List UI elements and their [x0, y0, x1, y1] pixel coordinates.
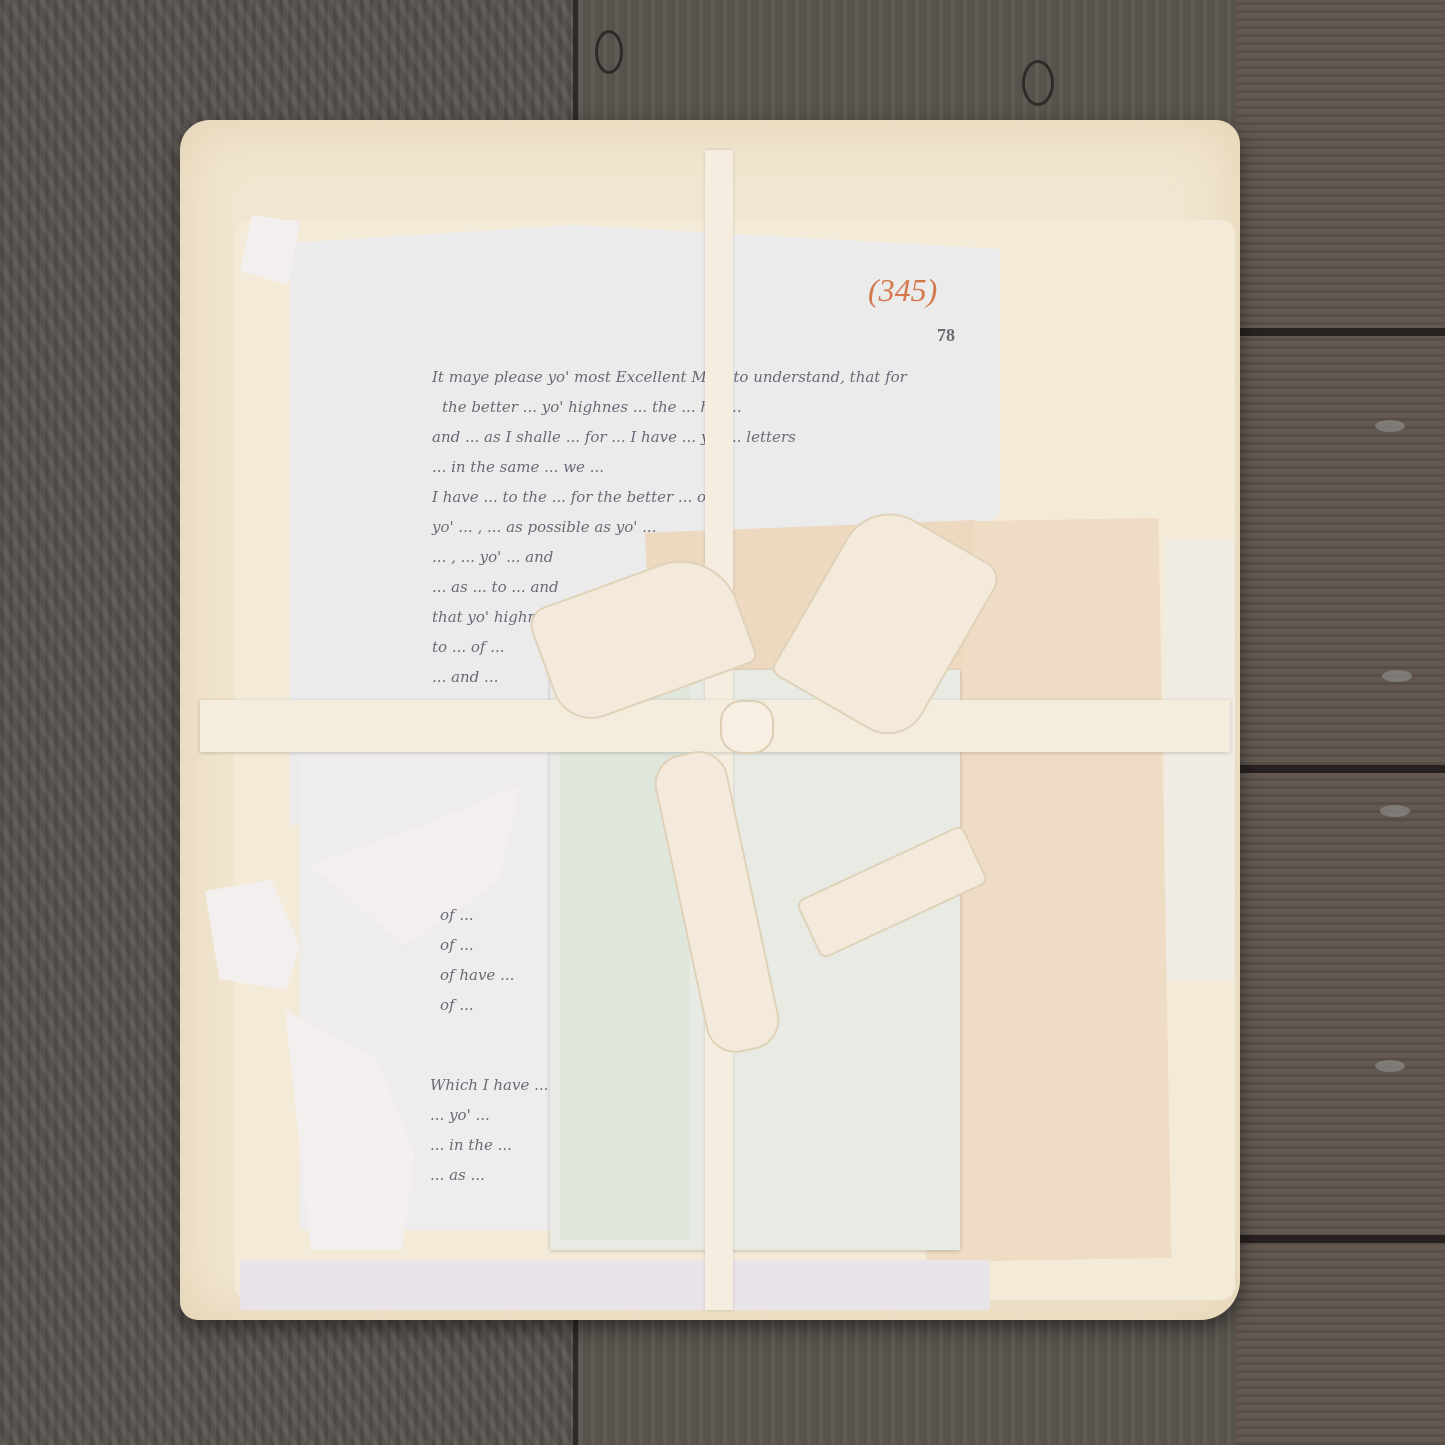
handwriting-line: of ...: [440, 930, 474, 960]
handwriting-line: yo' ... , ... as possible as yo' ...: [432, 512, 656, 542]
ribbon-knot: [720, 700, 774, 754]
side-letter: [1165, 540, 1235, 980]
archive-number: (345): [868, 272, 937, 309]
handwriting-line: Which I have ...: [430, 1070, 548, 1100]
handwriting-line: ... as ... to ... and: [432, 572, 559, 602]
wood-knot: [1375, 420, 1405, 432]
wooden-plank-right: [1236, 0, 1445, 1445]
handwriting-line: I have ... to the ... for the better ...…: [432, 482, 712, 512]
handwriting-line: ... in the ...: [430, 1130, 512, 1160]
plank-seam: [1236, 765, 1445, 773]
wood-knot: [1380, 805, 1410, 817]
handwriting-line: and ... as I shalle ... for ... I have .…: [432, 422, 796, 452]
plank-seam: [1236, 1235, 1445, 1243]
bottom-sheet-edge: [240, 1260, 990, 1310]
nail-hole: [1022, 60, 1054, 106]
handwriting-line: ... , ... yo' ... and: [432, 542, 553, 572]
handwriting-line: of ...: [440, 900, 474, 930]
handwriting-line: ... yo' ...: [430, 1100, 490, 1130]
handwriting-line: ... in the same ... we ...: [432, 452, 609, 482]
handwriting-line: It maye please yo' most Excellent Ma'e t…: [432, 362, 907, 392]
ribbon-horizontal: [200, 700, 1230, 752]
folio-number: 78: [937, 325, 955, 346]
plank-seam: [1236, 328, 1445, 336]
handwriting-line: ... as ...: [430, 1160, 485, 1190]
handwriting-line: the better ... yo' highnes ... the ... h…: [442, 392, 746, 422]
wood-knot: [1375, 1060, 1405, 1072]
nail-hole: [595, 30, 623, 74]
handwriting-line: to ... of ...: [432, 632, 505, 662]
wood-knot: [1382, 670, 1412, 682]
handwriting-line: of ...: [440, 990, 474, 1020]
handwriting-line: of have ...: [440, 960, 514, 990]
handwriting-line: ... and ...: [432, 662, 498, 692]
